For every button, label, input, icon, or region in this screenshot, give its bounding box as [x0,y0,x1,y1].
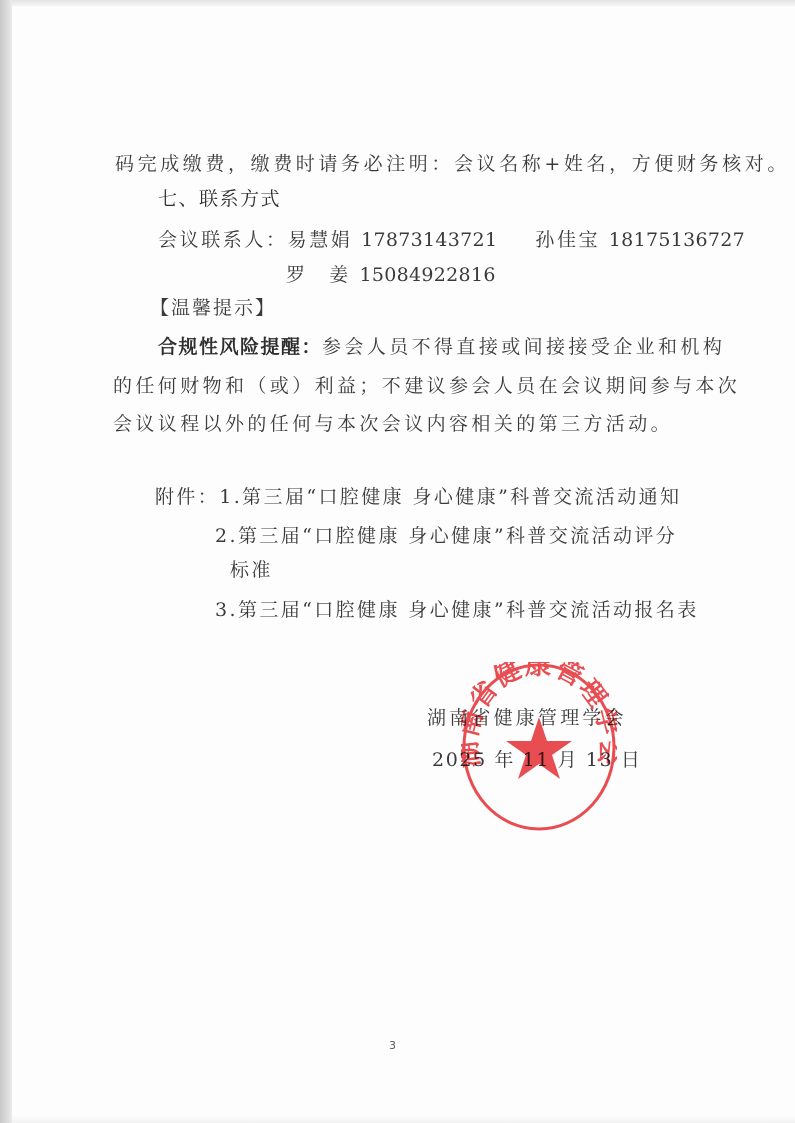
signature-organization: 湖南省健康管理学会 [427,706,627,730]
contact-name: 孙佳宝 [535,229,600,251]
contacts-label: 会议联系人： [158,229,288,251]
reminder-line-1: 合规性风险提醒：参会人员不得直接或间接接受企业和机构 [158,335,725,359]
payment-note: 码完成缴费，缴费时请务必注明：会议名称+姓名，方便财务核对。 [115,152,790,176]
attachment-num: 1. [219,486,242,508]
contact-name: 易慧娟 [288,229,353,251]
attachment-item-1: 附件：1.第三届“口腔健康 身心健康”科普交流活动通知 [155,485,681,509]
signature-date: 2025 年 11 月 13 日 [432,748,642,772]
official-seal-icon: 湖南省健康管理学会 [461,662,617,832]
contacts-row-1: 会议联系人：易慧娟 17873143721孙佳宝 18175136727 [158,228,745,252]
attachments-label: 附件： [155,486,219,508]
reminder-text: 参会人员不得直接或间接接受企业和机构 [322,336,725,358]
reminder-title: 【温馨提示】 [150,296,276,320]
contact-phone: 17873143721 [361,229,497,251]
attachment-item-3: 3.第三届“口腔健康 身心健康”科普交流活动报名表 [215,598,699,622]
contact-name: 罗 姜 [286,264,351,286]
attachment-num: 3. [215,599,238,621]
contact-phone: 18175136727 [609,229,745,251]
contact-phone: 15084922816 [359,264,495,286]
contacts-row-2: 罗 姜 15084922816 [286,263,496,287]
page-number: 3 [389,1039,396,1052]
attachment-text: 第三届“口腔健康 身心健康”科普交流活动评分 [238,525,677,547]
attachment-item-2: 2.第三届“口腔健康 身心健康”科普交流活动评分 [215,524,677,548]
attachment-num: 2. [215,525,238,547]
reminder-line-3: 会议议程以外的任何与本次会议内容相关的第三方活动。 [113,412,673,436]
reminder-label: 合规性风险提醒： [158,336,322,358]
attachment-text: 第三届“口腔健康 身心健康”科普交流活动通知 [242,486,681,508]
reminder-line-2: 的任何财物和（或）利益；不建议参会人员在会议期间参与本次 [113,374,740,398]
scan-edge-left [0,0,12,1123]
attachment-text: 第三届“口腔健康 身心健康”科普交流活动报名表 [238,599,699,621]
attachment-item-2-cont: 标准 [230,558,273,582]
scan-edge-top [12,0,795,6]
section-title-contact: 七、联系方式 [158,187,281,211]
scan-edge-bottom [12,1115,795,1123]
